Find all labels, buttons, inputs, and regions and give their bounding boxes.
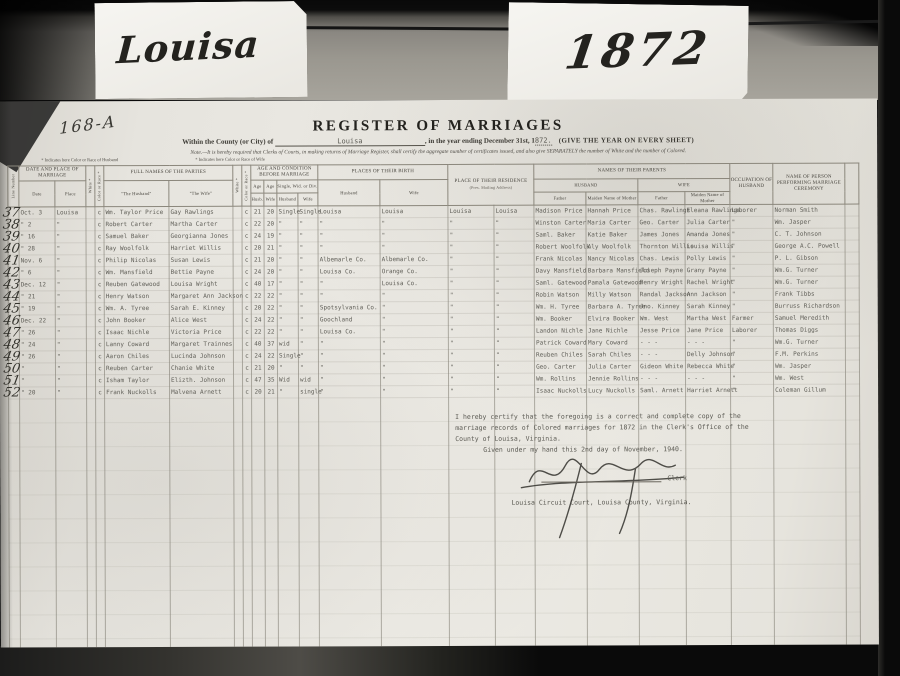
cell: 20 [251,242,264,254]
cell [86,255,95,267]
cell: Milly Watson [586,289,638,301]
cell: Margaret Trainnes [169,338,233,350]
cell: " 19 [19,303,55,315]
empty-cell [278,470,299,494]
cell [86,279,95,291]
cell [846,360,860,372]
cell: " [318,242,380,254]
cell [86,315,95,327]
cell: Gay Rawlings [169,206,233,218]
empty-cell [96,543,105,567]
empty-cell [846,468,860,492]
cell: 20 [264,206,277,218]
cell: " [55,255,86,267]
cell: " [380,301,448,313]
cell: c [242,350,251,362]
empty-cell [252,614,265,638]
cell [233,266,242,278]
cell: Malvena Arnett [170,386,234,398]
empty-row [9,540,860,567]
cell: C. T. Johnson [773,228,845,240]
empty-cell [252,398,265,422]
cell: Harriet Willis [169,242,233,254]
cell: 22 [251,218,264,230]
empty-cell [731,564,774,588]
cell: " [730,336,773,348]
cell: Wm.G. Turner [773,276,845,288]
empty-cell [381,517,449,541]
table-header: Line Number DATE AND PLACE OF MARRIAGE W… [8,163,859,207]
cell: Nancy Nicolas [586,253,638,265]
col-header-mother-w: Maiden Name of Mother [685,191,730,204]
cell: Laborer [730,324,773,336]
cell: c [242,254,251,266]
empty-cell [535,541,587,565]
cell: wid [299,374,319,386]
empty-cell [96,495,105,519]
col-header-birth-wife: Wife [380,179,448,205]
within-prefix: Within the County (or City) of [182,138,273,146]
cell: Reuben Carter [104,362,169,374]
marriages-table: Line Number DATE AND PLACE OF MARRIAGE W… [7,163,861,648]
empty-cell [20,591,56,615]
row-number: 52 [8,387,21,399]
empty-cell [265,398,278,422]
cell: " [730,228,773,240]
cell: 21 [265,386,278,398]
cell: " 16 [19,231,55,243]
cell: " [298,266,318,278]
cell [233,206,242,218]
cell: Wm.G. Turner [773,264,845,276]
col-header-date-place: DATE AND PLACE OF MARRIAGE [19,166,86,181]
cell [87,387,96,399]
cell: " [56,387,87,399]
cell: Polly Lewis [685,252,730,264]
cell: Landon Nichle [534,325,586,337]
empty-cell [252,470,265,494]
empty-cell [56,615,87,639]
col-header-parents: NAMES OF THEIR PARENTS [534,163,730,179]
cell [233,350,242,362]
empty-cell [299,638,319,648]
cell: Jane Price [685,324,730,336]
cell: Elizth. Johnson [170,374,234,386]
cell: Sarah E. Kinney [169,302,233,314]
cell [86,351,95,363]
empty-cell [105,542,170,566]
empty-cell [243,614,252,638]
empty-cell [20,615,56,639]
cell: " [494,229,534,241]
cell: " [494,301,534,313]
empty-cell [87,615,96,639]
cell: " [298,278,318,290]
empty-cell [56,639,87,648]
empty-cell [381,613,449,637]
cell: " [298,326,318,338]
cell: " [318,278,380,290]
empty-cell [299,494,319,518]
empty-cell [170,614,234,638]
cell [233,338,242,350]
empty-cell [265,638,278,647]
cell [845,228,859,240]
cell: " [55,291,86,303]
cell: 20 [252,386,265,398]
col-header-cond-wife: Wife [298,193,318,206]
cell: Maria Carter [586,217,638,229]
cell: 17 [264,278,277,290]
cell: Coleman Gillum [774,384,846,396]
empty-cell [170,446,234,470]
cell: Julia Carter [587,361,639,373]
cell: " [380,241,448,253]
cell: " [277,218,298,230]
col-header-full-names: FULL NAMES OF THE PARTIES [104,165,233,180]
empty-cell [20,447,56,471]
cell: Jno. Kinney [638,301,685,313]
cell: " [449,373,495,385]
cell: " [380,289,448,301]
empty-cell [846,588,860,612]
empty-cell [96,567,105,591]
cell: Single [277,206,298,218]
empty-cell [731,588,774,612]
empty-cell [170,542,234,566]
cell: Philip Nicolas [104,254,169,266]
cell: 24 [251,230,264,242]
cell [86,219,95,231]
cell: c [95,327,104,339]
empty-cell [381,565,449,589]
col-header-age-h: Age [251,180,264,193]
cell: " [494,313,534,325]
empty-cell [278,542,299,566]
cell: " [495,361,535,373]
empty-cell [105,614,170,638]
col-header-cond-husband: Husband [277,193,298,206]
cell: Eleana Rawlings [685,204,730,216]
cell: Mary Coward [586,337,638,349]
cell: " [494,277,534,289]
cell: Gideon White [639,361,686,373]
empty-cell [105,590,170,614]
empty-cell [587,589,639,613]
scan-background-right [878,0,900,676]
empty-cell [846,540,860,564]
empty-cell [278,398,299,422]
cell: c [242,278,251,290]
cell: " 26 [19,327,55,339]
cell: Isham Taylor [105,374,170,386]
cell: " [448,241,494,253]
cell: Wm. A. Tyree [104,302,169,314]
cell: " [298,242,318,254]
cell: Single [277,350,298,362]
cell: " [298,230,318,242]
cell: 21 [251,206,264,218]
empty-cell [846,420,860,444]
cell: Susan Lewis [169,254,233,266]
empty-cell [587,565,639,589]
empty-cell [319,566,381,590]
cell: Sarah Chiles [586,349,638,361]
empty-cell [87,639,96,648]
cell: " [298,338,318,350]
empty-cell [846,396,860,420]
cell: " [495,373,535,385]
cell [845,252,859,264]
col-header-place: Place [55,181,86,207]
cell: Single [298,206,318,218]
empty-cell [319,494,381,518]
empty-cell [639,541,686,565]
cell: " [730,264,773,276]
cell: Barbara A. Tyree [586,301,638,313]
cell [86,243,95,255]
empty-row [9,516,860,543]
cell: Louisa Willis [685,240,730,252]
cell: " [448,349,494,361]
empty-cell [774,612,846,636]
empty-cell [278,446,299,470]
cell: 47 [252,374,265,386]
cell: " [55,351,86,363]
county-label-text: Louisa [115,20,308,73]
cell: c [242,302,251,314]
cell [845,216,859,228]
col-header-age-wife: Wife [264,193,277,206]
empty-cell [846,444,860,468]
cell: Margaret Ann Jackson [169,290,233,302]
empty-cell [96,615,105,639]
empty-cell [170,638,234,647]
empty-cell [252,422,265,446]
cell: Samuel Baker [104,230,169,242]
cell: Harriet Arnett [686,384,731,396]
cell: " [55,279,86,291]
county-label-card: Louisa [95,1,308,99]
cell: Saml. Baker [534,229,586,241]
empty-cell [56,543,87,567]
empty-cell [319,518,381,542]
cell: " [20,375,56,387]
empty-cell [96,423,105,447]
empty-cell [170,590,234,614]
cell: " [448,229,494,241]
cell: Oct. 3 [19,207,55,219]
cell: c [95,231,104,243]
cell: Lucinda Johnson [169,350,233,362]
cell: " [277,362,298,374]
col-header-occupation: OCCUPATION OF HUSBAND [730,163,773,204]
empty-cell [587,613,639,637]
empty-cell [265,446,278,470]
cell: c [242,362,251,374]
col-header-parents-husband: HUSBAND [534,179,638,192]
col-header-end [845,163,859,204]
cell: c [95,279,104,291]
empty-cell [381,493,449,517]
cell: " [318,290,380,302]
cell [846,348,860,360]
page-title: REGISTER OF MARRIAGES [0,116,877,136]
col-header-line-number: Line Number [8,166,19,207]
cell: c [96,375,105,387]
empty-cell [96,447,105,471]
cell: Wm.G. Turner [773,336,845,348]
empty-cell [639,613,686,637]
empty-cell [299,566,319,590]
empty-cell [639,589,686,613]
cell: Alice West [169,314,233,326]
cell: - - - [686,372,731,384]
cell: " [277,314,298,326]
cell: " 24 [19,339,55,351]
cell: Dec. 22 [19,315,55,327]
cell: Martha Carter [169,218,233,230]
empty-cell [495,541,535,565]
empty-cell [234,422,243,446]
cell: " 6 [19,267,55,279]
cell: Burruss Richardson [773,300,845,312]
cell: c [243,374,252,386]
col-header-father-w: Father [638,192,685,205]
empty-cell [170,398,234,422]
signature-area: Clerk [455,457,765,498]
empty-cell [87,567,96,591]
empty-cell [278,566,299,590]
empty-cell [105,470,170,494]
cell: " [298,314,318,326]
empty-cell [234,638,243,647]
cell: Henry Watson [104,290,169,302]
col-header-age-condition: AGE AND CONDITION BEFORE MARRIAGE [251,165,318,180]
cell: Robert Woolfolk [534,241,586,253]
empty-cell [105,422,170,446]
col-header-race-husband: Color or Race * [95,166,104,207]
cell: " [449,361,495,373]
col-header-father-h: Father [534,192,586,205]
cell: " [494,289,534,301]
form-note: Note.—It is hereby required that Clerks … [0,147,877,156]
cell: Henry Wright [638,277,685,289]
cell: c [95,267,104,279]
empty-cell [252,566,265,590]
empty-cell [265,590,278,614]
year-instruction: (GIVE THE YEAR ON EVERY SHEET) [559,136,694,144]
empty-cell [449,613,495,637]
empty-cell [774,492,846,516]
cell: " [381,373,449,385]
empty-cell [56,591,87,615]
cell: " [380,313,448,325]
empty-cell [278,614,299,638]
year-label-card: 1872 [507,2,749,107]
empty-cell [299,446,319,470]
cell: " [318,350,380,362]
cell: - - - [685,336,730,348]
empty-cell [105,398,170,422]
empty-cell [170,494,234,518]
empty-cell [20,639,56,648]
empty-cell [686,564,731,588]
cell [846,372,860,384]
empty-cell [234,614,243,638]
empty-cell [20,567,56,591]
cell: " [298,302,318,314]
cell: " [55,363,86,375]
empty-cell [20,399,56,423]
cell: " [495,385,535,397]
cell [86,363,95,375]
cell: " [730,300,773,312]
cell: " [55,219,86,231]
cell: c [95,219,104,231]
cell: Georgianna Jones [169,230,233,242]
empty-cell [56,567,87,591]
cell: " [277,266,298,278]
empty-cell [234,494,243,518]
cell [233,326,242,338]
cell: Louisa Wright [169,278,233,290]
cell: Aaron Chiles [104,350,169,362]
empty-cell [87,447,96,471]
cell: 21 [264,242,277,254]
cell: " [494,325,534,337]
within-suffix: , in the year ending December 31st, 1 [425,137,535,145]
cell: 20 [264,362,277,374]
cell: Isaac Nichle [104,326,169,338]
cell [845,312,859,324]
empty-cell [265,518,278,542]
cell: " [380,349,448,361]
cell: c [242,218,251,230]
cell: Louisa Co. [318,266,380,278]
cell: Lucy Nuckolls [587,385,639,397]
empty-cell [87,495,96,519]
empty-cell [774,396,846,420]
cell: " [494,217,534,229]
cell: Geo. Carter [638,217,685,229]
cell: " [19,363,55,375]
empty-cell [243,542,252,566]
empty-cell [319,446,381,470]
cell [845,336,859,348]
cell: " [731,372,774,384]
cell: c [242,266,251,278]
cell [86,267,95,279]
cell: Wm. Rollins [535,373,587,385]
cell [845,204,859,216]
empty-cell [56,519,87,543]
cell: " [55,303,86,315]
cell: Wm. West [638,313,685,325]
cell: " [277,254,298,266]
cell: Katie Baker [586,229,638,241]
cell: Grany Payne [685,264,730,276]
cell [86,291,95,303]
empty-cell [105,566,170,590]
empty-cell [319,614,381,638]
cell [845,324,859,336]
empty-cell [170,422,234,446]
empty-cell [319,398,381,422]
cell: Robin Watson [534,289,586,301]
cell: 40 [251,278,264,290]
cell: " [55,339,86,351]
